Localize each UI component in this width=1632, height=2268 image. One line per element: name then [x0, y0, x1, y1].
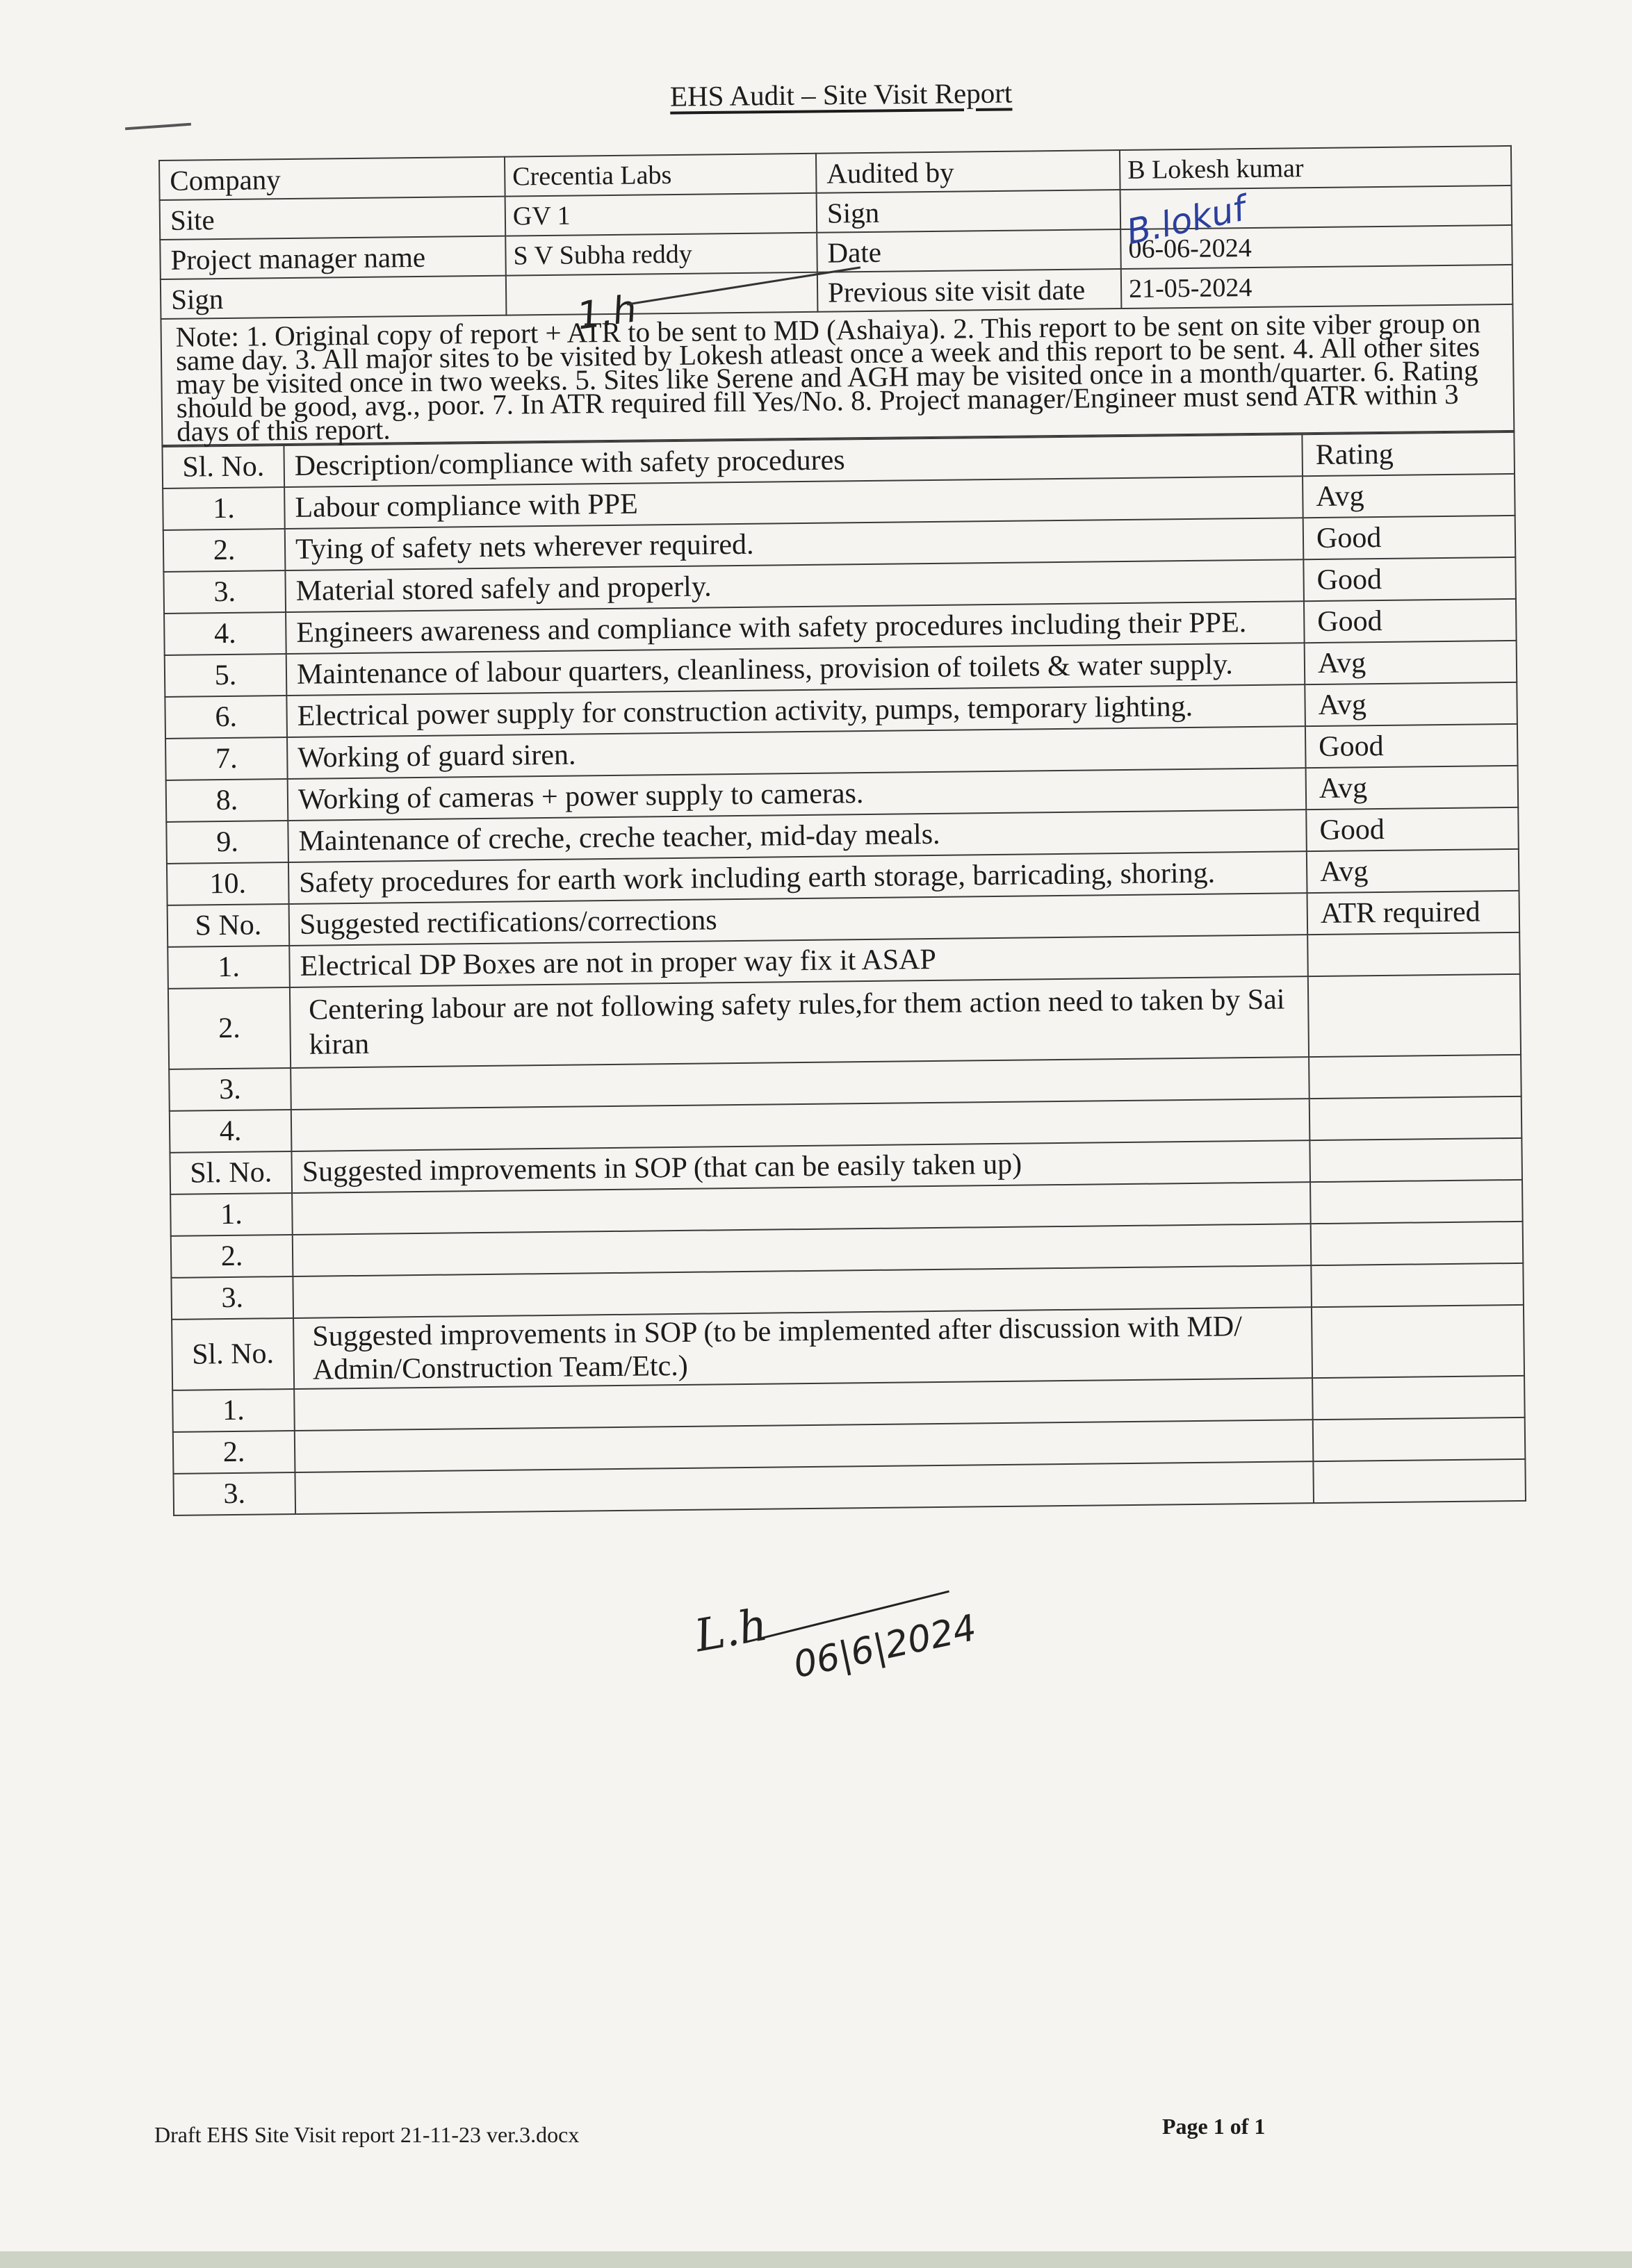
row-extra — [1312, 1376, 1525, 1420]
row-number: 3. — [171, 1276, 293, 1320]
pm-value: S V Subha reddy — [505, 233, 817, 276]
handwritten-signoff: L.h 06|6|2024 — [695, 1584, 1001, 1688]
footer-filename: Draft EHS Site Visit report 21-11-23 ver… — [154, 2122, 579, 2148]
site-value: GV 1 — [505, 193, 817, 236]
pm-label: Project manager name — [160, 236, 506, 279]
col-header-rating: Rating — [1302, 432, 1515, 476]
row-atr-required — [1309, 1055, 1521, 1099]
row-atr-required — [1309, 1096, 1522, 1140]
row-rating: Avg — [1305, 682, 1517, 726]
row-extra — [1310, 1180, 1523, 1224]
report-form: Company Crecentia Labs Audited by B Loke… — [158, 145, 1525, 1516]
row-number: 3. — [173, 1472, 295, 1515]
company-label: Company — [159, 157, 505, 200]
row-rating: Avg — [1305, 641, 1517, 684]
row-rating: Good — [1306, 807, 1519, 851]
col-header-sl-no: Sl. No. — [172, 1318, 294, 1390]
col-header-atr-required: ATR required — [1307, 891, 1520, 935]
company-value: Crecentia Labs — [505, 154, 817, 197]
row-rating: Good — [1303, 516, 1516, 559]
row-number: 1. — [168, 946, 290, 989]
row-number: 5. — [165, 654, 287, 697]
row-number: 4. — [164, 612, 286, 655]
audited-by-value: B Lokesh kumar — [1120, 146, 1512, 190]
audited-by-label: Audited by — [816, 150, 1120, 193]
col-header-no: Sl. No. — [162, 445, 284, 488]
row-number: 7. — [165, 737, 288, 780]
pm-sign-label: Sign — [161, 276, 507, 319]
note-row: Note: 1. Original copy of report + ATR t… — [161, 304, 1514, 445]
site-label: Site — [160, 197, 506, 240]
col-header-blank — [1312, 1305, 1524, 1378]
auditor-sign-label: Sign — [817, 190, 1121, 233]
table-row: 2.Centering labour are not following saf… — [168, 974, 1521, 1069]
row-extra — [1311, 1263, 1524, 1307]
row-rating: Avg — [1306, 766, 1519, 810]
row-number: 3. — [169, 1068, 291, 1111]
col-header-sl-no: Sl. No. — [170, 1151, 292, 1194]
row-number: 1. — [172, 1389, 295, 1432]
row-number: 2. — [163, 529, 286, 572]
signoff-date: 06|6|2024 — [790, 1607, 980, 1686]
row-rating: Avg — [1307, 849, 1519, 893]
row-extra — [1313, 1417, 1526, 1461]
date-label: Date — [817, 229, 1121, 272]
row-number: 4. — [170, 1110, 292, 1153]
row-number: 6. — [165, 696, 287, 739]
row-atr-required — [1308, 974, 1521, 1057]
page-title: EHS Audit – Site Visit Report — [670, 76, 1013, 113]
pen-mark — [125, 123, 191, 131]
row-number: 2. — [173, 1431, 295, 1474]
pm-signature-cell — [506, 272, 818, 315]
row-number: 3. — [163, 570, 286, 614]
row-number: 1. — [170, 1193, 293, 1236]
row-rectification: Centering labour are not following safet… — [290, 976, 1309, 1068]
row-number: 2. — [171, 1235, 293, 1278]
row-atr-required — [1307, 932, 1520, 976]
row-number: 10. — [167, 862, 289, 905]
pm-signature: 1.h — [574, 286, 639, 338]
row-rating: Good — [1304, 599, 1517, 643]
compliance-table: Sl. No.Description/compliance with safet… — [161, 432, 1526, 1516]
row-extra — [1311, 1222, 1524, 1265]
row-rating: Avg — [1303, 474, 1515, 518]
row-number: 2. — [168, 987, 291, 1069]
row-number: 8. — [166, 779, 288, 822]
row-extra — [1313, 1459, 1526, 1503]
col-header-s-no: S No. — [168, 904, 290, 947]
signoff-signature: L.h — [691, 1600, 771, 1663]
header-details-table: Company Crecentia Labs Audited by B Loke… — [158, 145, 1515, 446]
row-number: 1. — [163, 487, 285, 530]
row-rating: Good — [1305, 724, 1518, 768]
background-strip — [0, 2251, 1632, 2268]
col-header-blank — [1309, 1138, 1522, 1182]
note-text: Note: 1. Original copy of report + ATR t… — [161, 304, 1514, 445]
row-number: 9. — [166, 821, 288, 864]
row-rating: Good — [1303, 557, 1516, 601]
prev-visit-value: 21-05-2024 — [1121, 265, 1513, 309]
footer-page-number: Page 1 of 1 — [1162, 2114, 1265, 2139]
prev-visit-label: Previous site visit date — [817, 269, 1122, 312]
col-header-sop-discussion: Suggested improvements in SOP (to be imp… — [293, 1307, 1312, 1389]
